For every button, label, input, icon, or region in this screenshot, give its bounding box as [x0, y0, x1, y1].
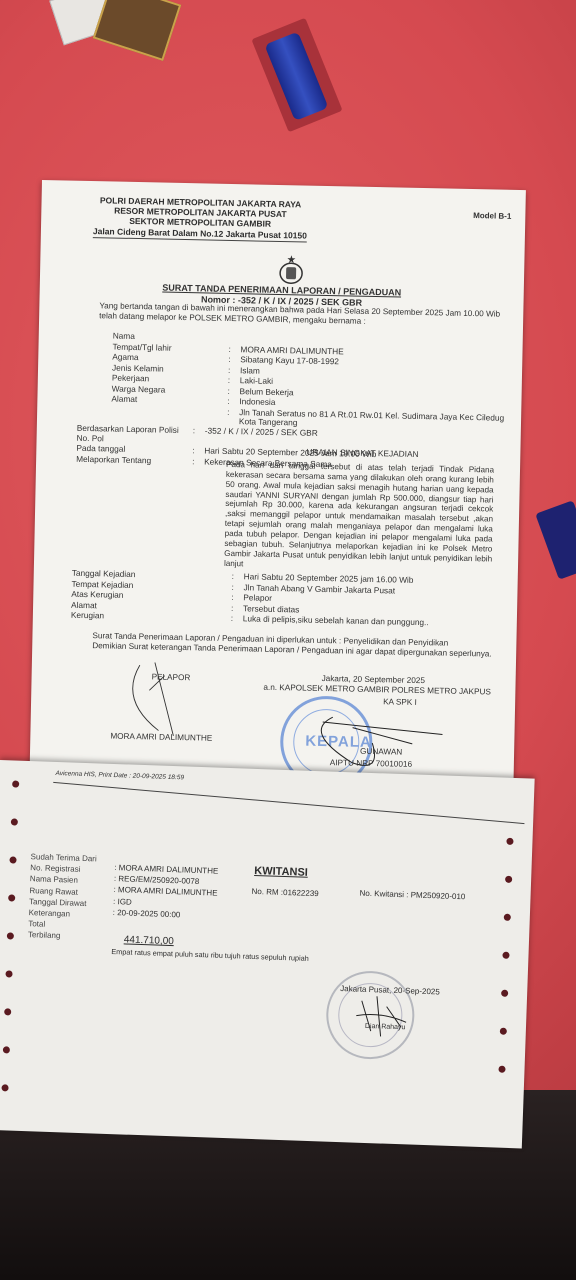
cashier-signature: [350, 990, 412, 1042]
receipt-number: No. Kwitansi : PM250920-010: [359, 889, 465, 902]
letterhead: POLRI DAERAH METROPOLITAN JAKARTA RAYA R…: [93, 195, 308, 242]
print-info: Avicenna HIS, Print Date : 20-09-2025 18…: [55, 770, 184, 781]
officer-nrp: AIPTU NRP 70010016: [330, 758, 412, 770]
receipt-labels: Sudah Terima Dari No. Registrasi Nama Pa…: [28, 851, 97, 943]
closing-text: Surat Tanda Penerimaan Laporan / Pengadu…: [92, 631, 502, 659]
receipt-value: : 20-09-2025 00:00: [113, 907, 217, 922]
identity-fields: Nama Tempat/Tgl lahir:MORA AMRI DALIMUNT…: [76, 331, 519, 474]
officer-name: GUNAWAN: [360, 747, 402, 758]
tractor-holes: [497, 838, 514, 1104]
field-label: Kerugian: [71, 611, 231, 625]
polri-emblem-icon: [276, 253, 307, 286]
reporter-label: PELAPOR: [152, 672, 191, 683]
receipt-total: 441.710,00: [124, 934, 174, 947]
reporter-name: MORA AMRI DALIMUNTHE: [110, 732, 212, 744]
divider: [53, 782, 524, 824]
police-report-document: POLRI DAERAH METROPOLITAN JAKARTA RAYA R…: [29, 180, 526, 820]
field-label: Melaporkan Tentang: [42, 454, 192, 468]
incident-fields: Tanggal Kejadian:Hari Sabtu 20 September…: [71, 569, 512, 631]
hospital-receipt: Avicenna HIS, Print Date : 20-09-2025 18…: [0, 760, 535, 1148]
form-model: Model B-1: [473, 211, 511, 221]
receipt-values: : MORA AMRI DALIMUNTHE : REG/EM/250920-0…: [113, 862, 219, 922]
cashier-name: Dian Rahayu: [365, 1023, 406, 1031]
medical-record-number: No. RM :01622239: [251, 887, 318, 898]
receipt-label: Terbilang: [28, 930, 94, 944]
amount-in-words: Empat ratus empat puluh satu ribu tujuh …: [111, 947, 309, 963]
receipt-title: KWITANSI: [254, 865, 308, 879]
incident-summary: Pada hari dan tanggal tersebut di atas t…: [224, 460, 494, 574]
on-behalf-of: a.n. KAPOLSEK METRO GAMBIR POLRES METRO …: [263, 683, 491, 698]
tractor-holes: [0, 780, 20, 1122]
